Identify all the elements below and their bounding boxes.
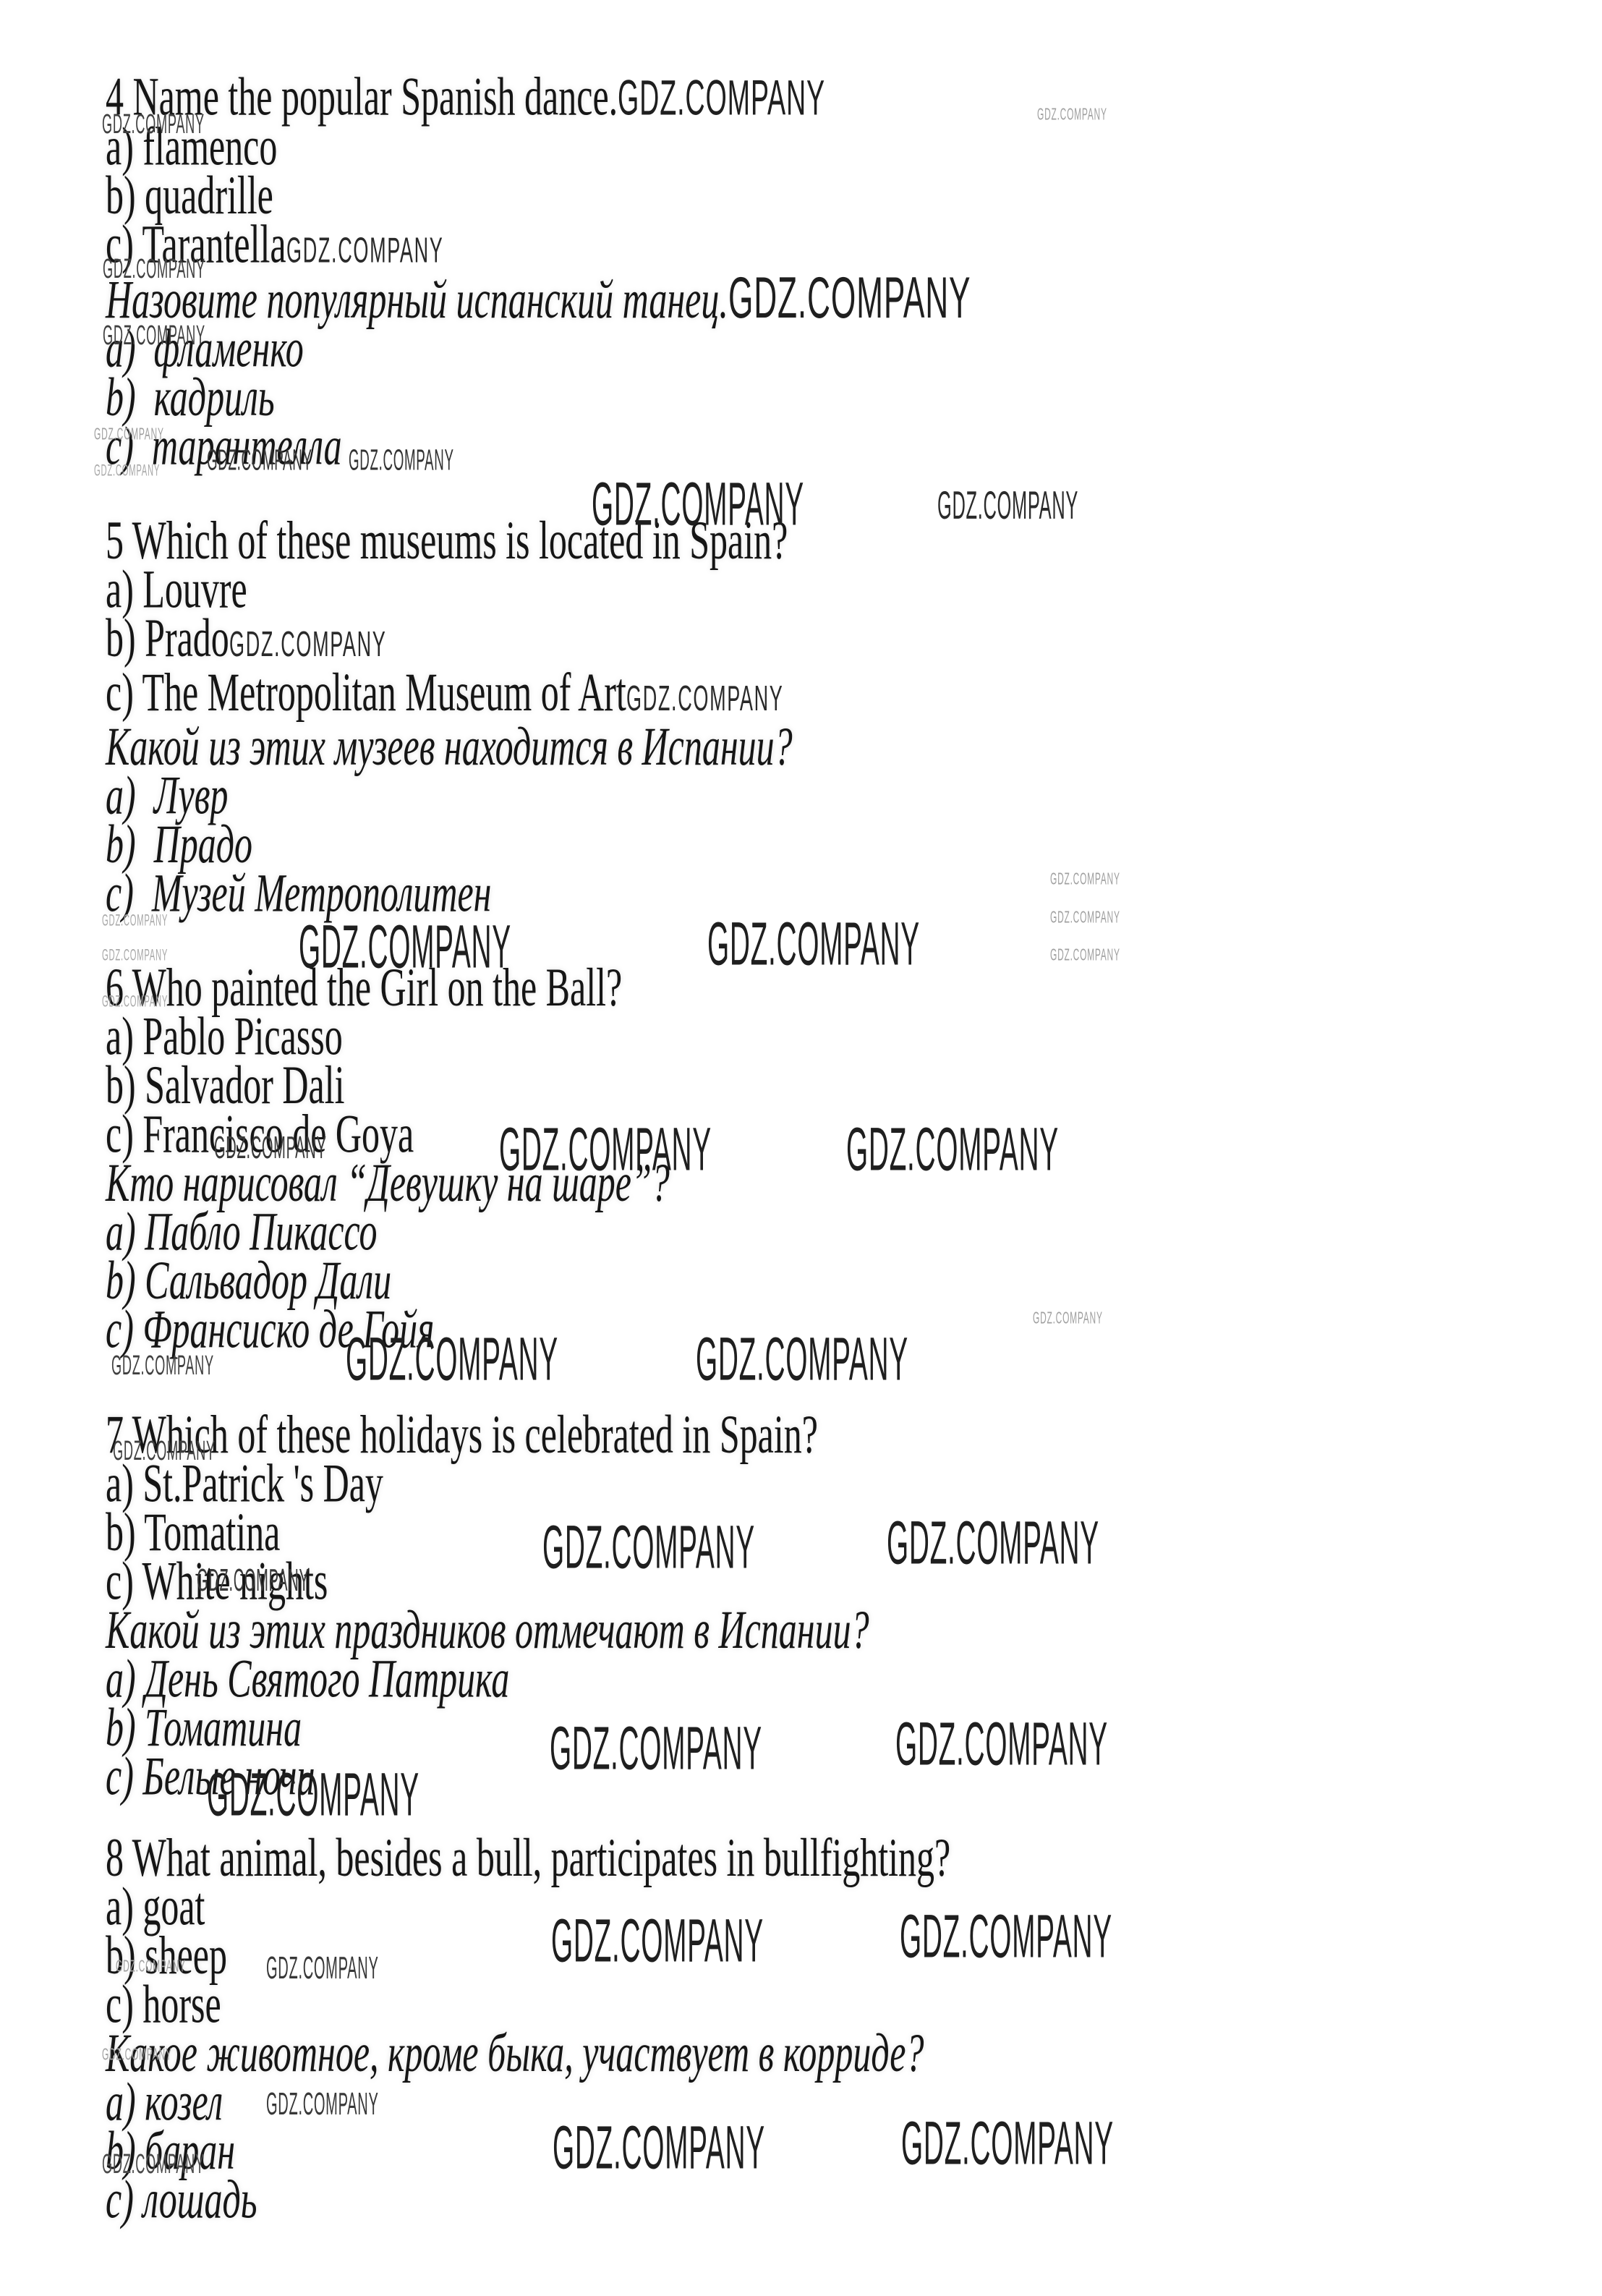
watermark-text: GDZ.COMPANY — [900, 1907, 1112, 1968]
watermark-text: GDZ.COMPANY — [550, 1719, 762, 1780]
watermark-text: GDZ.COMPANY — [901, 2114, 1114, 2174]
watermark-text: GDZ.COMPANY — [592, 475, 804, 535]
option-line-en: b) quadrille — [106, 171, 1234, 221]
watermark-text: GDZ.COMPANY — [1037, 107, 1107, 124]
option-line-ru: a) День Святого Патрика — [106, 1654, 1234, 1704]
watermark-text: GDZ.COMPANY — [895, 1714, 1108, 1775]
watermark-text: GDZ.COMPANY — [266, 1953, 379, 1985]
option-line-en: a) flamenco — [106, 122, 1234, 171]
watermark-text: GDZ.COMPANY — [94, 463, 160, 479]
watermark-text: GDZ.COMPANY — [102, 913, 168, 929]
question-block: 4 Name the popular Spanish dance.GDZ.COM… — [106, 72, 1234, 471]
watermark-text: GDZ.COMPANY — [937, 486, 1078, 526]
watermark-text: GDZ.COMPANY — [707, 914, 920, 975]
watermark-text: GDZ.COMPANY — [214, 1133, 327, 1165]
watermark-text: GDZ.COMPANY — [207, 1765, 419, 1826]
option-line-ru: b) Прадо — [106, 820, 1234, 869]
watermark-text: GDZ.COMPANY — [197, 1565, 310, 1597]
watermark-text: GDZ.COMPANY — [229, 619, 386, 668]
watermark-text: GDZ.COMPANY — [553, 2118, 765, 2179]
watermark-text: GDZ.COMPANY — [102, 110, 205, 137]
watermark-text: GDZ.COMPANY — [887, 1513, 1099, 1574]
watermark-text: GDZ.COMPANY — [728, 274, 971, 323]
watermark-text: GDZ.COMPANY — [1050, 910, 1120, 927]
watermark-text: GDZ.COMPANY — [346, 1330, 558, 1390]
watermark-text: GDZ.COMPANY — [102, 2047, 172, 2064]
question-line-ru-text: Какое животное, кроме быка, участвует в … — [106, 2023, 924, 2083]
watermark-text: GDZ.COMPANY — [696, 1330, 908, 1390]
watermark-text: GDZ.COMPANY — [551, 1911, 764, 1972]
option-line-en: a) St.Patrick 's Day — [106, 1459, 1234, 1508]
question-line-ru: Какой из этих музеев находится в Испании… — [106, 723, 1234, 772]
option-line-en: b) Salvador Dali — [106, 1061, 1234, 1110]
option-line-ru: b) кадриль — [106, 373, 1234, 422]
question-line-ru: Назовите популярный испанский танец.GDZ.… — [106, 274, 1234, 324]
watermark-text: GDZ.COMPANY — [102, 948, 168, 964]
option-line-ru: b) Сальвадор Дали — [106, 1257, 1234, 1306]
document-page: 4 Name the popular Spanish dance.GDZ.COM… — [0, 0, 1602, 2296]
watermark-text: GDZ.COMPANY — [846, 1120, 1059, 1181]
watermark-text: GDZ.COMPANY — [1050, 948, 1120, 964]
question-line-en: 6 Who painted the Girl on the Ball? — [106, 964, 1234, 1013]
question-line-en: 7 Which of these holidays is celebrated … — [106, 1411, 1234, 1460]
option-line-en: c) TarantellaGDZ.COMPANY — [106, 220, 1234, 274]
option-line-ru: a) фламенко — [106, 324, 1234, 373]
option-line-en: c) horse — [106, 1980, 1234, 2029]
watermark-text: GDZ.COMPANY — [103, 321, 205, 349]
watermark-text: GDZ.COMPANY — [207, 446, 312, 475]
watermark-text: GDZ.COMPANY — [618, 74, 825, 123]
question-line-en: 8 What animal, besides a bull, participa… — [106, 1834, 1234, 1883]
question-block: 5 Which of these museums is located in S… — [106, 516, 1234, 918]
watermark-text: GDZ.COMPANY — [102, 2150, 205, 2177]
watermark-text: GDZ.COMPANY — [1033, 1311, 1103, 1327]
watermark-text: GDZ.COMPANY — [94, 427, 164, 443]
watermark-text: GDZ.COMPANY — [626, 673, 783, 723]
watermark-text: GDZ.COMPANY — [111, 1351, 214, 1379]
watermark-text: GDZ.COMPANY — [499, 1120, 712, 1181]
watermark-text: GDZ.COMPANY — [103, 255, 205, 282]
watermark-text: GDZ.COMPANY — [542, 1518, 755, 1578]
option-line-en-text: c) The Metropolitan Museum of Art — [106, 662, 626, 723]
option-line-en: a) Louvre — [106, 565, 1234, 614]
watermark-text: GDZ.COMPANY — [113, 1437, 216, 1464]
watermark-text: GDZ.COMPANY — [116, 1959, 186, 1976]
option-line-en: a) Pablo Picasso — [106, 1012, 1234, 1061]
question-line-en-text: 8 What animal, besides a bull, participa… — [106, 1827, 950, 1888]
option-line-ru: c) лошадь — [106, 2175, 1234, 2224]
option-line-ru: a) Лувр — [106, 771, 1234, 820]
watermark-text: GDZ.COMPANY — [266, 2089, 379, 2121]
watermark-text: GDZ.COMPANY — [1050, 872, 1120, 888]
option-line-ru: a) Пабло Пикассо — [106, 1207, 1234, 1257]
watermark-text: GDZ.COMPANY — [299, 917, 511, 978]
watermark-text: GDZ.COMPANY — [349, 446, 454, 475]
watermark-text: GDZ.COMPANY — [102, 994, 168, 1010]
option-line-en: c) The Metropolitan Museum of ArtGDZ.COM… — [106, 668, 1234, 723]
option-line-en-text: b) Prado — [106, 608, 229, 668]
option-line-en: b) PradoGDZ.COMPANY — [106, 614, 1234, 668]
question-line-ru: Какой из этих праздников отмечают в Испа… — [106, 1606, 1234, 1655]
question-line-ru: Какое животное, кроме быка, участвует в … — [106, 2029, 1234, 2078]
watermark-text: GDZ.COMPANY — [286, 226, 443, 275]
